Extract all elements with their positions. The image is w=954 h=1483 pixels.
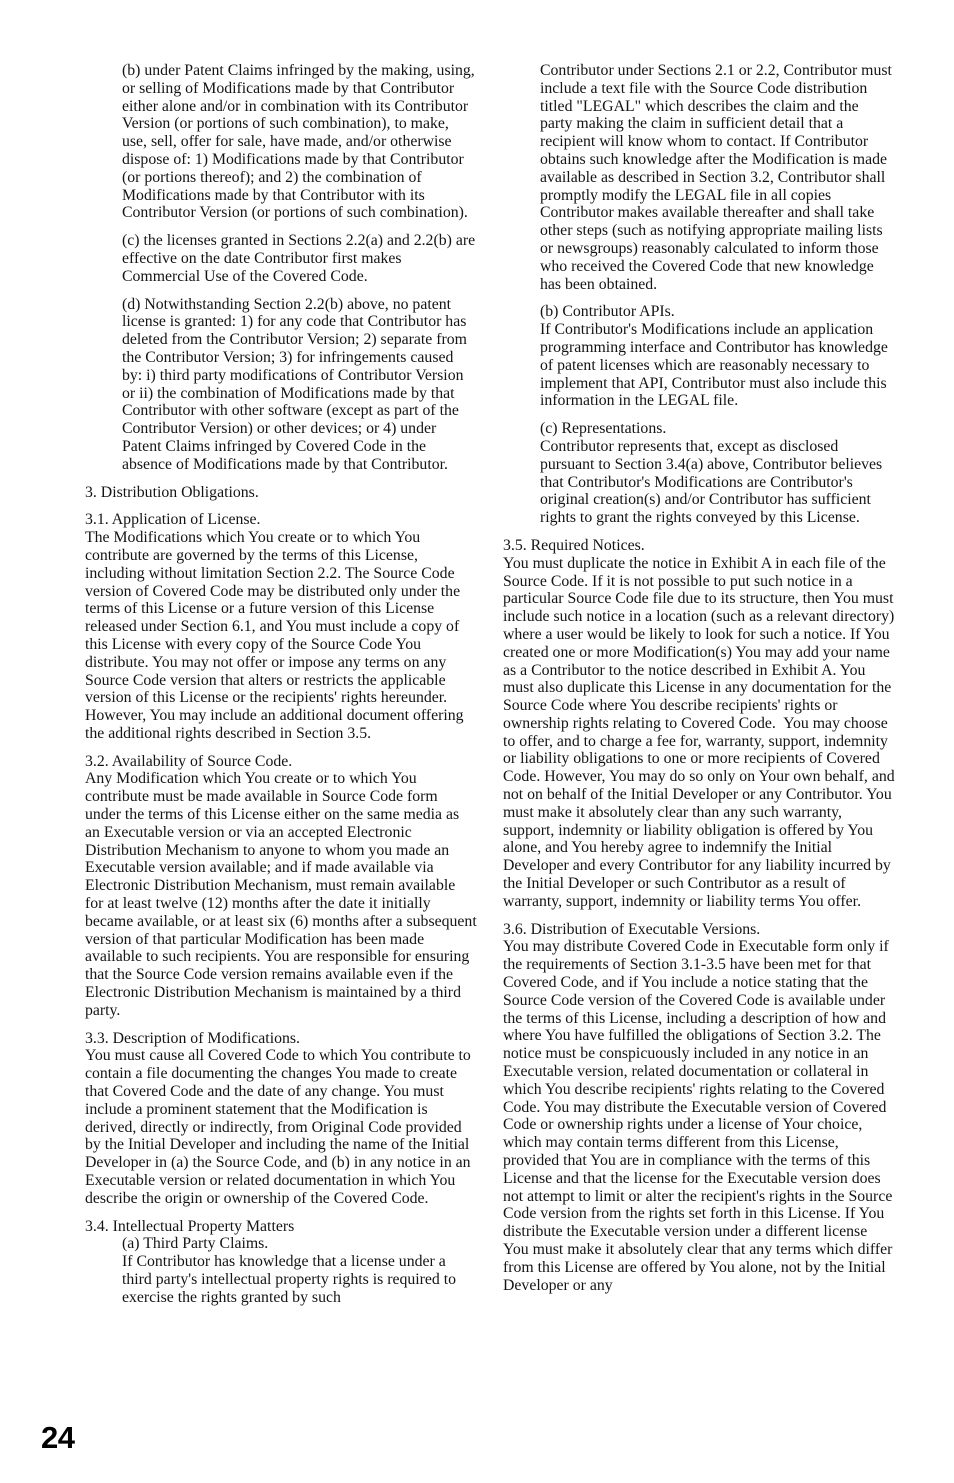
document-page: (b) under Patent Claims infringed by the…	[0, 0, 954, 1483]
section-3-2: 3.2. Availability of Source Code. Any Mo…	[85, 753, 477, 1020]
clause-3-4-a: (a) Third Party Claims. If Contributor h…	[122, 1235, 477, 1306]
right-column: Contributor under Sections 2.1 or 2.2, C…	[503, 62, 895, 1304]
clause-3-4-a-continued: Contributor under Sections 2.1 or 2.2, C…	[540, 62, 895, 293]
clause-3-4-b: (b) Contributor APIs. If Contributor's M…	[540, 303, 895, 410]
section-3-6: 3.6. Distribution of Executable Versions…	[503, 921, 895, 1295]
clause-2-2-b: (b) under Patent Claims infringed by the…	[122, 62, 477, 222]
clause-3-4-c: (c) Representations. Contributor represe…	[540, 420, 895, 527]
section-3-5: 3.5. Required Notices. You must duplicat…	[503, 537, 895, 911]
clause-2-2-c: (c) the licenses granted in Sections 2.2…	[122, 232, 477, 285]
section-3-1: 3.1. Application of License. The Modific…	[85, 511, 477, 742]
left-column: (b) under Patent Claims infringed by the…	[85, 62, 477, 1317]
page-number: 24	[41, 1420, 74, 1456]
section-3-heading: 3. Distribution Obligations.	[85, 484, 477, 502]
clause-2-2-d: (d) Notwithstanding Section 2.2(b) above…	[122, 296, 477, 474]
section-3-4-heading: 3.4. Intellectual Property Matters	[85, 1218, 477, 1236]
section-3-3: 3.3. Description of Modifications. You m…	[85, 1030, 477, 1208]
